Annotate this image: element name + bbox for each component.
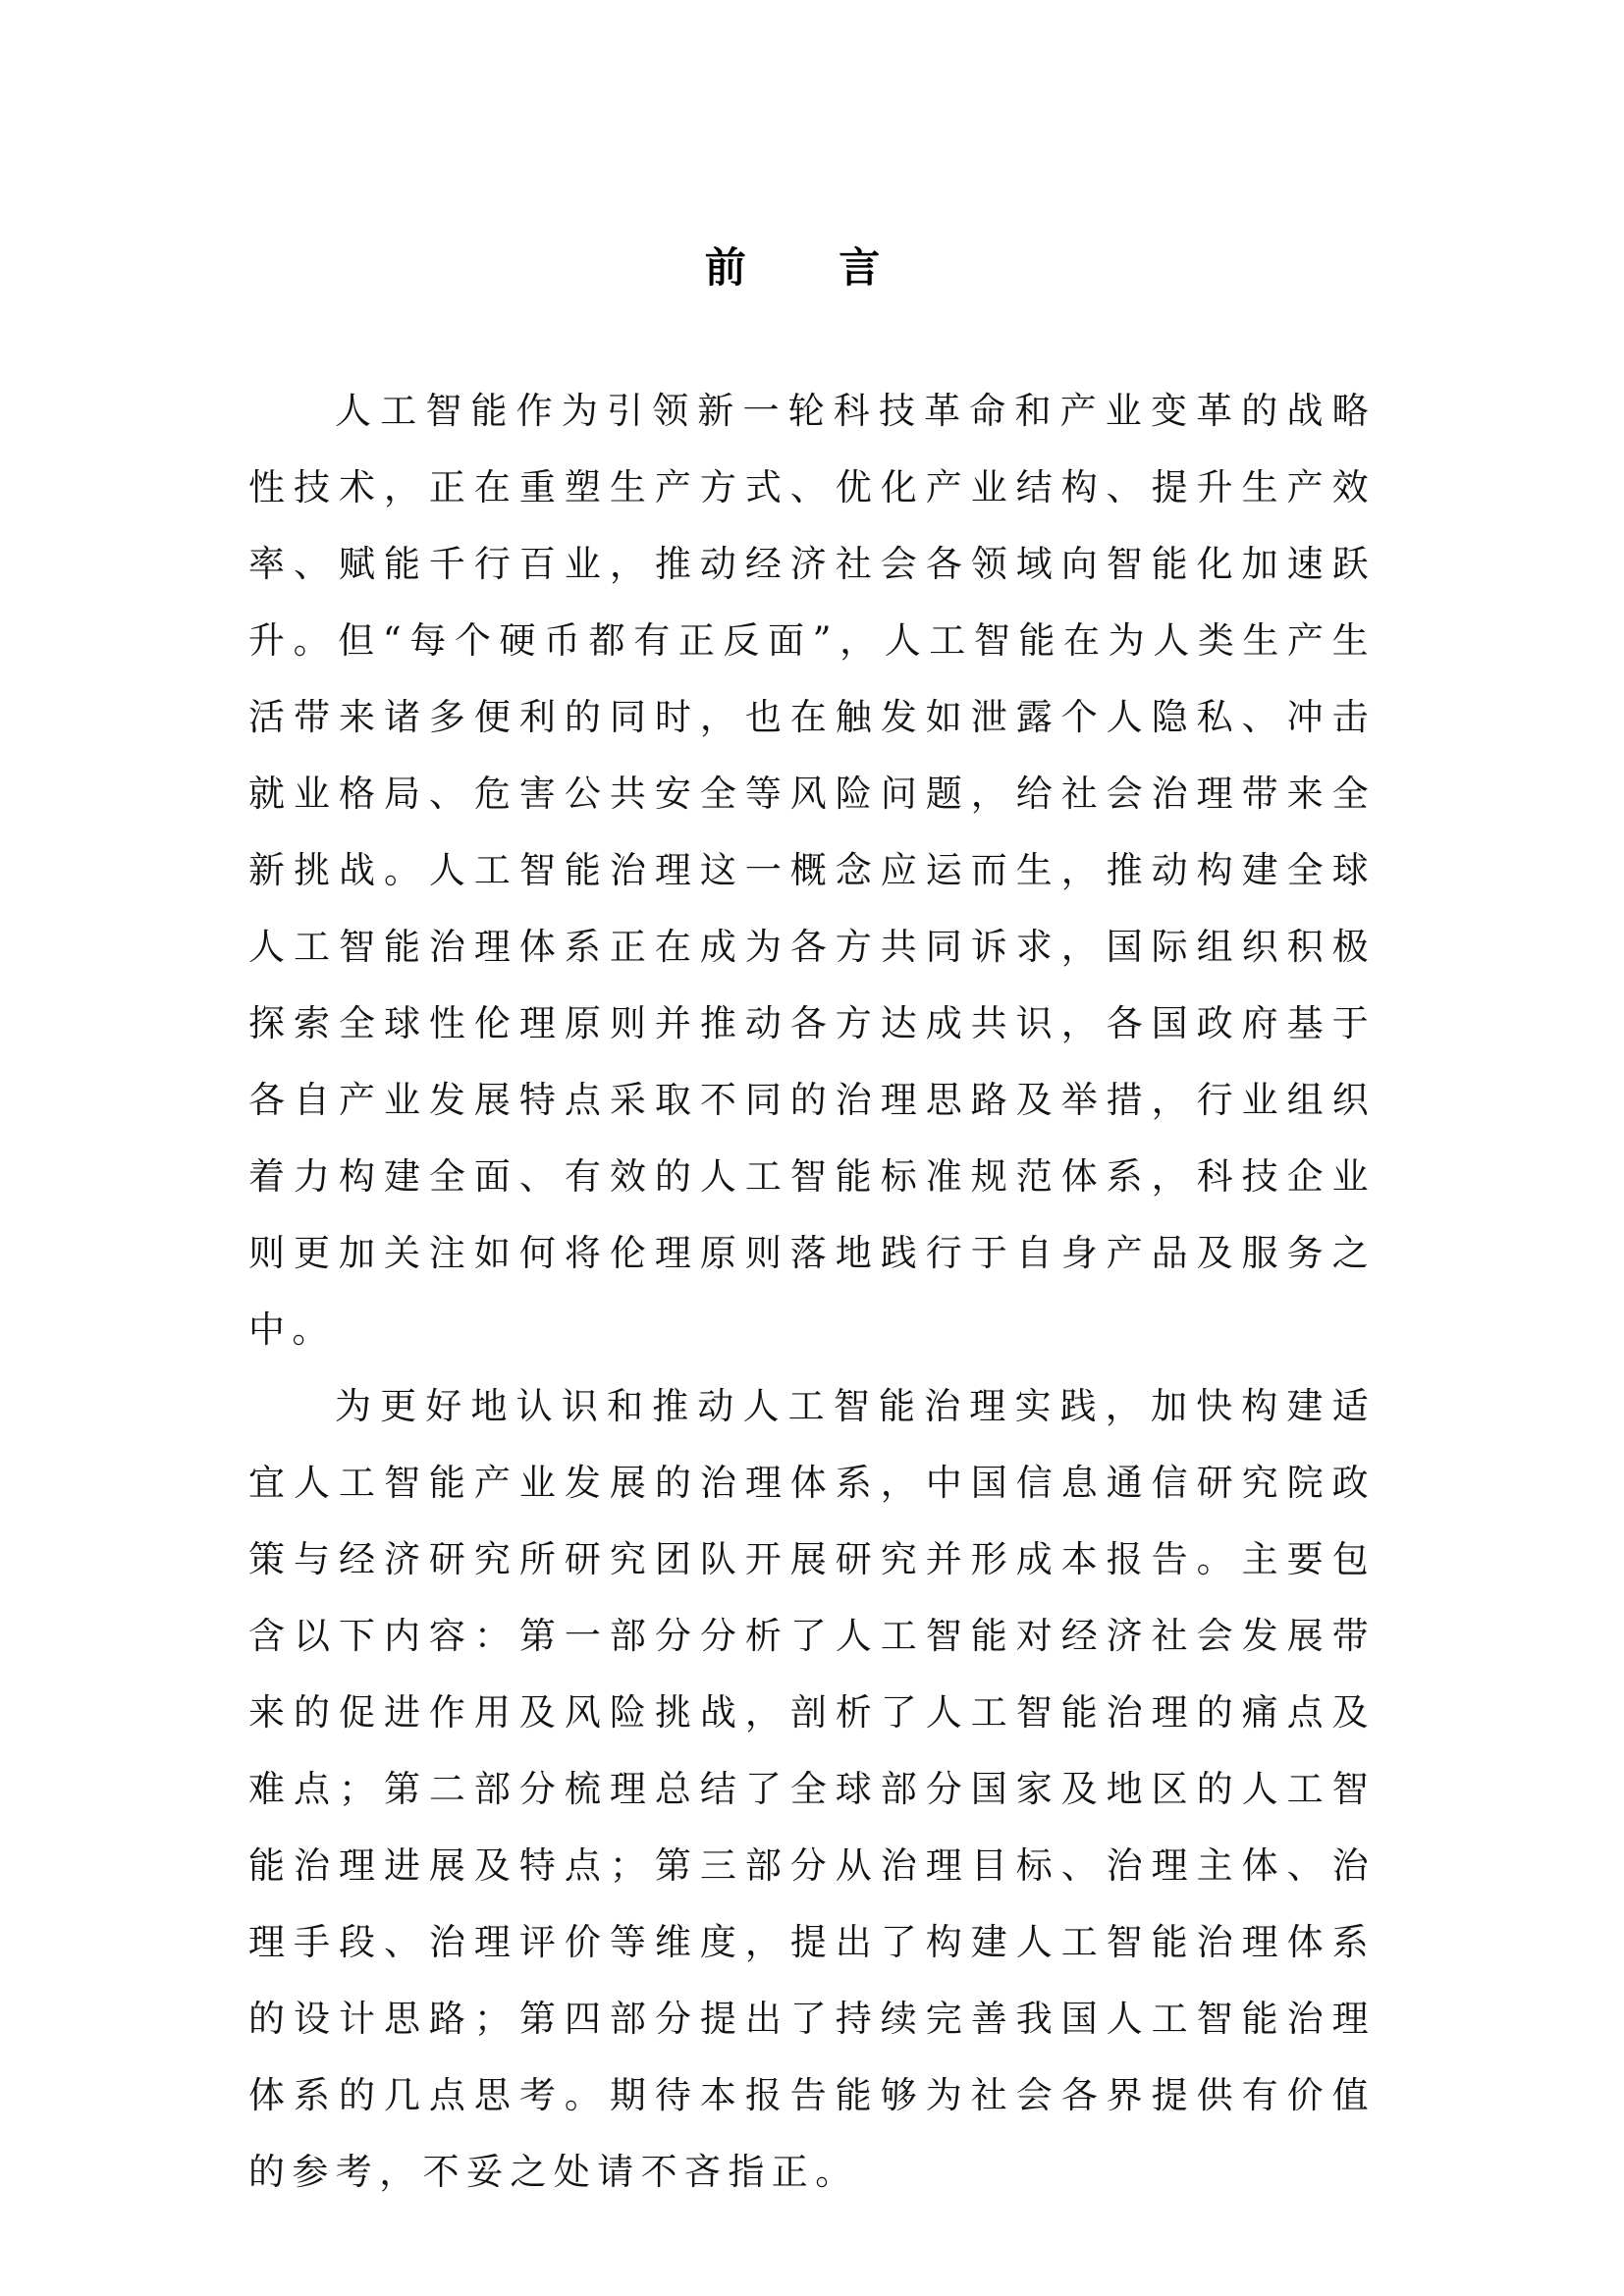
- paragraph-2: 为更好地认识和推动人工智能治理实践，加快构建适宜人工智能产业发展的治理体系，中国…: [248, 1368, 1376, 2211]
- page-title: 前 言: [0, 239, 1624, 297]
- body-text: 人工智能作为引领新一轮科技革命和产业变革的战略性技术，正在重塑生产方式、优化产业…: [248, 373, 1376, 2211]
- paragraph-1: 人工智能作为引领新一轮科技革命和产业变革的战略性技术，正在重塑生产方式、优化产业…: [248, 373, 1376, 1368]
- document-page: 前 言 人工智能作为引领新一轮科技革命和产业变革的战略性技术，正在重塑生产方式、…: [0, 0, 1624, 2296]
